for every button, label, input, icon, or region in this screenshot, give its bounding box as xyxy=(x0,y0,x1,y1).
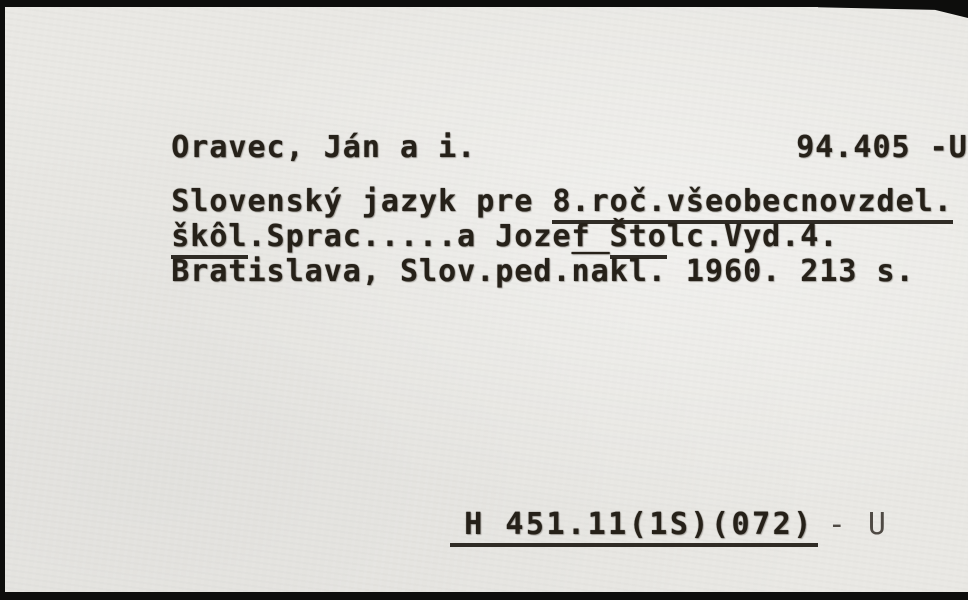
card-bottom-edge xyxy=(0,592,968,600)
imprint-line: Bratislava, Slov.ped.nakl. 1960. 213 s. xyxy=(95,221,915,323)
call-number-suffix: - U xyxy=(828,507,888,542)
call-number: H 451.11(1S)(072) xyxy=(450,507,818,547)
call-number-line: H 451.11(1S)(072)- U xyxy=(368,474,888,576)
card-top-right-corner-edge xyxy=(818,0,968,18)
imprint-text-continued: kl. 1960. 213 s. xyxy=(610,254,915,289)
imprint-overstrike-text: na xyxy=(572,254,610,289)
imprint-text: Bratislava, Slov.ped. xyxy=(171,254,571,289)
card-left-edge xyxy=(0,0,5,600)
catalog-card: Oravec, Ján a i. 94.405 -U Slovenský jaz… xyxy=(0,0,968,600)
